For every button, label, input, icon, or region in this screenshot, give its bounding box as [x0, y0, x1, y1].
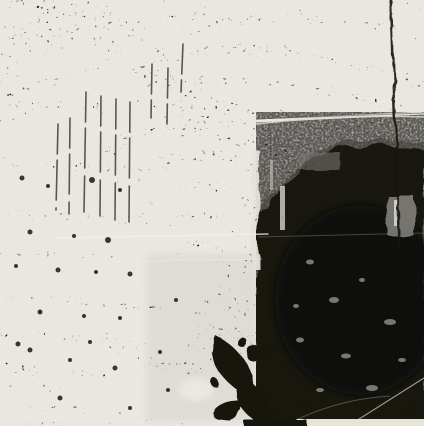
artwork-image: High-contrast black and white abstract c…	[0, 0, 424, 426]
paper-grain-overlay	[0, 0, 424, 426]
artwork-canvas	[0, 0, 424, 426]
